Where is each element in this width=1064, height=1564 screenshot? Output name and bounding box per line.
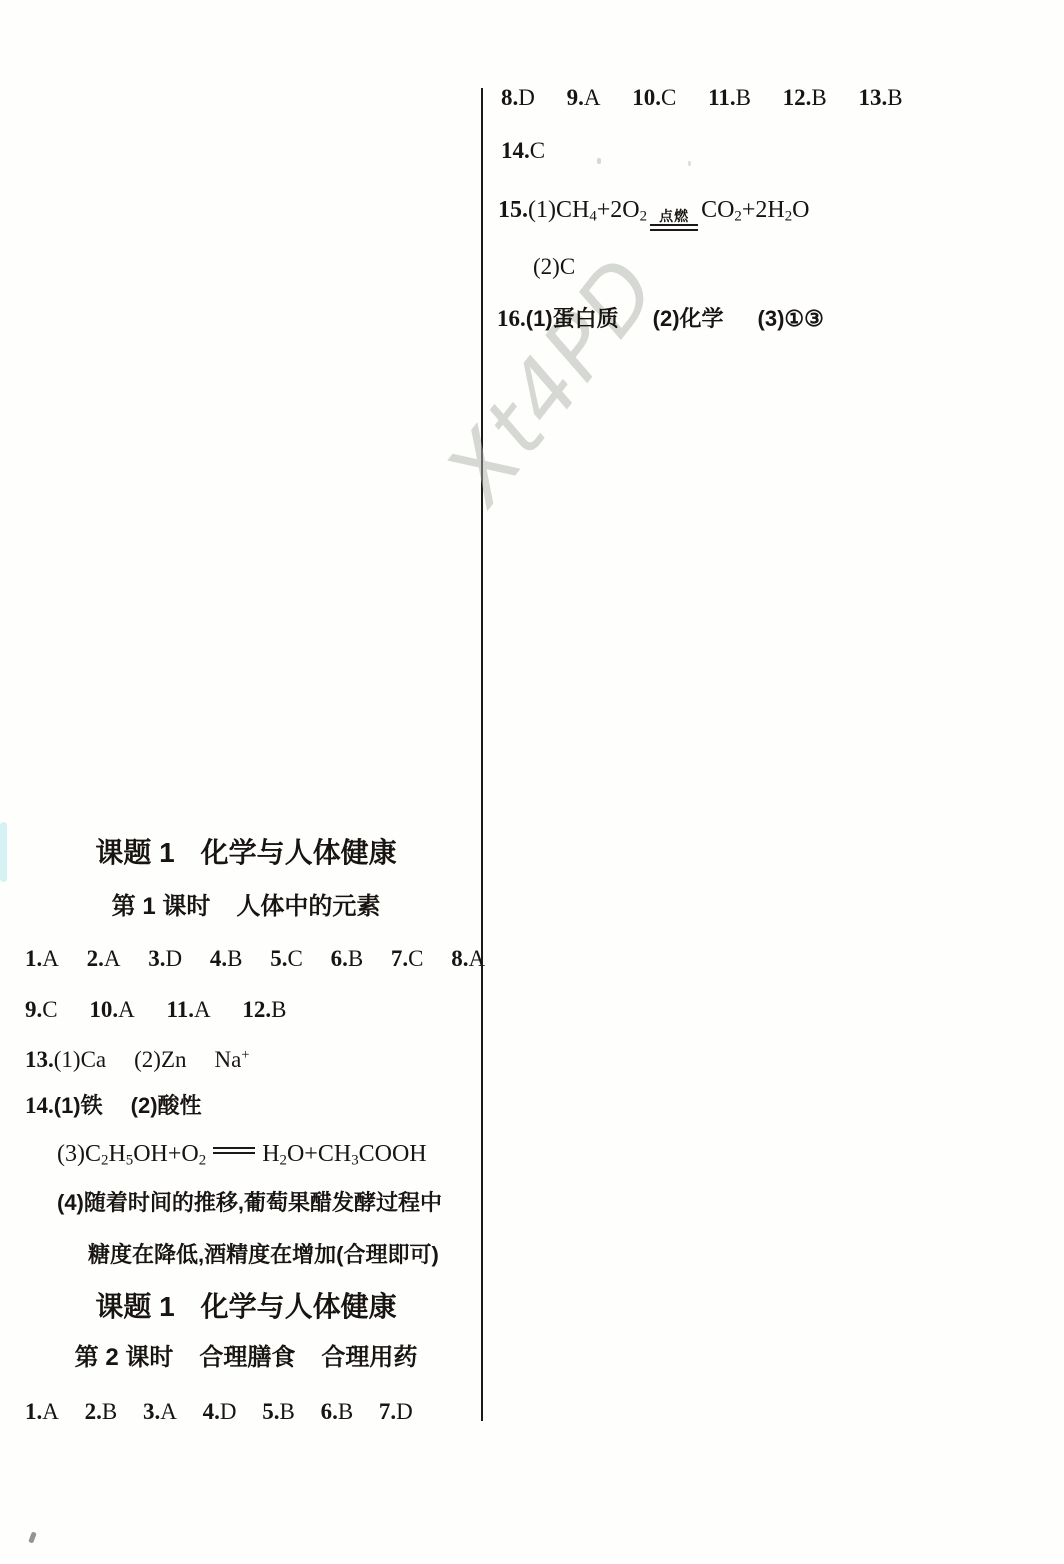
- answer-part: (2)酸性: [131, 1093, 202, 1118]
- period-title: 人体中的元素: [236, 893, 380, 920]
- question-number: 12.: [783, 85, 812, 110]
- answers-row-13: 13.(1)Ca(2)ZnNa+: [25, 1046, 249, 1074]
- period-heading-1: 第 1 课时人体中的元素: [0, 893, 492, 922]
- answer-item: 11.A: [166, 996, 210, 1024]
- answer-letter: A: [160, 1399, 177, 1424]
- question-number: 11.: [166, 997, 193, 1022]
- answer-item: 2.A: [87, 945, 121, 973]
- answer-part: (1)铁: [54, 1093, 103, 1118]
- question-number: 3.: [148, 946, 165, 971]
- answers-row-1-8: 1.A 2.A 3.D 4.B 5.C 6.B 7.C 8.A: [25, 945, 507, 973]
- scan-dot: [688, 161, 691, 166]
- answer-letter: B: [811, 85, 826, 110]
- period-title: 合理用药: [321, 1344, 417, 1371]
- question-number: 12.: [242, 997, 271, 1022]
- answer-letter: A: [194, 997, 211, 1022]
- answer-item: 6.B: [331, 945, 364, 973]
- answer-letter: A: [42, 1399, 59, 1424]
- lesson-title: 化学与人体健康: [201, 837, 397, 868]
- question-number: 9.: [567, 85, 584, 110]
- answers-row-14: 14.C: [501, 137, 571, 165]
- answers-row-1-7: 1.A 2.B 3.A 4.D 5.B 6.B 7.D: [25, 1398, 433, 1426]
- answer-item: 8.A: [451, 945, 485, 973]
- formula-products: H2O+CH3COOH: [262, 1141, 426, 1167]
- answer-item: 7.D: [379, 1398, 413, 1426]
- answer-letter: A: [118, 997, 135, 1022]
- answer-item: 4.D: [203, 1398, 237, 1426]
- answer-letter: A: [104, 946, 121, 971]
- answer-letter: B: [279, 1399, 294, 1424]
- scan-speck: [28, 1531, 36, 1543]
- lesson-label: 课题 1: [95, 1291, 174, 1322]
- lesson-title: 化学与人体健康: [201, 1291, 397, 1322]
- answer-part: (2)化学: [653, 306, 724, 331]
- question-number: 4.: [210, 946, 227, 971]
- answer-letter: C: [42, 997, 57, 1022]
- answer-item: 11.B: [708, 84, 751, 112]
- answer-item: 14.C: [501, 137, 545, 165]
- answer-14-4-line1: (4)随着时间的推移,葡萄果醋发酵过程中: [57, 1190, 442, 1216]
- reaction-condition-arrow: 点燃: [650, 208, 698, 231]
- answer-item: 1.A: [25, 1398, 59, 1426]
- answer-letter: D: [220, 1399, 237, 1424]
- answer-letter: B: [736, 85, 751, 110]
- question-number: 14.: [501, 138, 530, 163]
- answer-item: 10.A: [89, 996, 134, 1024]
- question-number: 3.: [143, 1399, 160, 1424]
- answer-item: 5.C: [270, 945, 303, 973]
- answer-part: (3)①③: [758, 306, 824, 331]
- equation-14-3: (3)C2H5OH+O2H2O+CH3COOH: [57, 1140, 427, 1169]
- answer-item: 10.C: [632, 84, 676, 112]
- answer-letter: B: [271, 997, 286, 1022]
- question-number: 9.: [25, 997, 42, 1022]
- ion-formula: Na+: [215, 1047, 250, 1072]
- lesson-heading-1: 课题 1化学与人体健康: [0, 836, 492, 870]
- column-divider-line: [481, 88, 483, 1421]
- answer-part: (1)蛋白质: [526, 306, 619, 331]
- question-number: 6.: [321, 1399, 338, 1424]
- question-number: 7.: [391, 946, 408, 971]
- answer-letter: C: [408, 946, 423, 971]
- answer-letter: D: [518, 85, 535, 110]
- answer-item: 3.A: [143, 1398, 177, 1426]
- answer-item: 3.D: [148, 945, 182, 973]
- answer-part: (2)Zn: [134, 1047, 186, 1072]
- double-bond-line: [650, 224, 698, 231]
- period-title: 合理膳食: [199, 1344, 295, 1371]
- question-number: 2.: [87, 946, 104, 971]
- answer-item: 6.B: [321, 1398, 354, 1426]
- question-number: 1.: [25, 1399, 42, 1424]
- answer-item: 1.A: [25, 945, 59, 973]
- question-number: 4.: [203, 1399, 220, 1424]
- answer-part: (1)Ca: [54, 1047, 106, 1072]
- answer-item: 2.B: [85, 1398, 118, 1426]
- question-number: 14.: [25, 1093, 54, 1118]
- answer-letter: B: [338, 1399, 353, 1424]
- answer-letter: B: [348, 946, 363, 971]
- answer-item: 8.D: [501, 84, 535, 112]
- question-number: 5.: [262, 1399, 279, 1424]
- answer-letter: A: [584, 85, 601, 110]
- question-number: 1.: [25, 946, 42, 971]
- question-number: 7.: [379, 1399, 396, 1424]
- answers-row-8-13: 8.D 9.A 10.C 11.B 12.B 13.B: [501, 84, 929, 112]
- question-number: 2.: [85, 1399, 102, 1424]
- answer-item: 12.B: [783, 84, 827, 112]
- lesson-label: 课题 1: [95, 837, 174, 868]
- answer-letter: C: [661, 85, 676, 110]
- answer-letter: C: [530, 138, 545, 163]
- question-number: 5.: [270, 946, 287, 971]
- period-label: 第 1 课时: [112, 893, 211, 920]
- answer-item: 13.B: [859, 84, 903, 112]
- answer-item: 12.B: [242, 996, 286, 1024]
- question-number: 6.: [331, 946, 348, 971]
- answer-item: 5.B: [262, 1398, 295, 1426]
- answer-letter: B: [887, 85, 902, 110]
- question-number: 15.: [498, 197, 528, 223]
- double-bond-line: [213, 1147, 255, 1154]
- question-number: 8.: [451, 946, 468, 971]
- answer-item: 9.A: [567, 84, 601, 112]
- answer-14-4-line2: 糖度在降低,酒精度在增加(合理即可): [88, 1242, 439, 1268]
- question-number: 10.: [89, 997, 118, 1022]
- formula-reactants: (3)C2H5OH+O2: [57, 1141, 206, 1167]
- answer-letter: D: [166, 946, 183, 971]
- answer-letter: B: [102, 1399, 117, 1424]
- period-label: 第 2 课时: [75, 1344, 174, 1371]
- answer-letter: A: [469, 946, 486, 971]
- scan-dot: [597, 158, 601, 164]
- question-number: 16.: [497, 306, 526, 331]
- answer-letter: B: [227, 946, 242, 971]
- question-number: 13.: [859, 85, 888, 110]
- answer-item: 9.C: [25, 996, 58, 1024]
- lesson-heading-2: 课题 1化学与人体健康: [0, 1290, 492, 1324]
- question-number: 8.: [501, 85, 518, 110]
- answer-letter: C: [287, 946, 302, 971]
- answer-item: 4.B: [210, 945, 243, 973]
- formula-reactants: (1)CH4+2O2: [528, 197, 647, 223]
- question-number: 11.: [708, 85, 735, 110]
- question-number: 10.: [632, 85, 661, 110]
- answer-sheet-page: Xt4PD 8.D 9.A 10.C 11.B 12.B 13.B 14.C 1…: [0, 0, 1064, 1564]
- answers-row-9-12: 9.C 10.A 11.A 12.B: [25, 996, 312, 1024]
- question-number: 13.: [25, 1047, 54, 1072]
- formula-products: CO2+2H2O: [701, 197, 809, 223]
- period-heading-2: 第 2 课时合理膳食合理用药: [0, 1344, 492, 1373]
- reaction-condition-label: 点燃: [659, 208, 689, 224]
- answer-15-2: (2)C: [533, 253, 575, 281]
- answers-row-14-left: 14.(1)铁(2)酸性: [25, 1092, 202, 1120]
- answer-letter: A: [42, 946, 59, 971]
- equation-15: 15.(1)CH4+2O2点燃CO2+2H2O: [498, 196, 810, 231]
- answer-item: 7.C: [391, 945, 424, 973]
- answer-letter: D: [396, 1399, 413, 1424]
- answers-row-16: 16.(1)蛋白质(2)化学(3)①③: [497, 305, 824, 333]
